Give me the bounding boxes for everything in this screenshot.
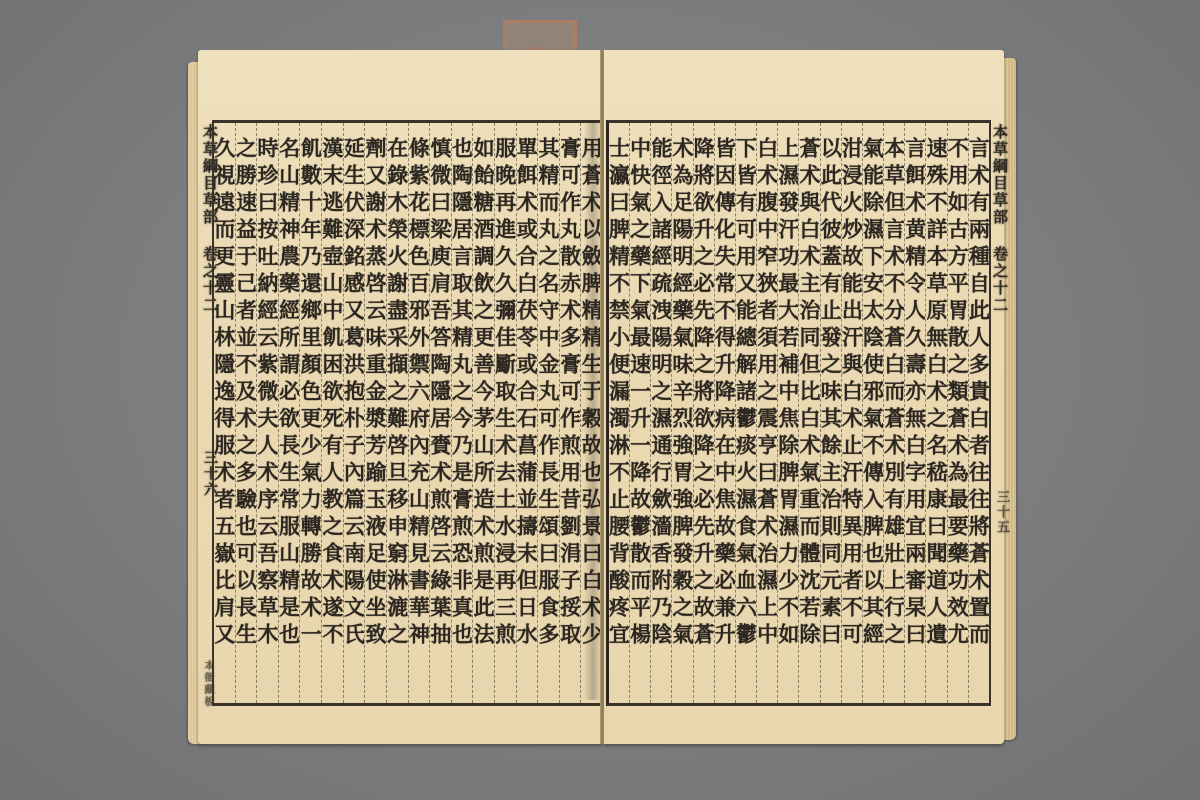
text-column: 士瀛曰脾精不禁小便漏濁淋不止腰背酸疼宜 <box>609 123 629 703</box>
right-margin-title: 本草綱目草部 卷之十二 <box>990 124 1011 314</box>
right-text-frame: 言术有兩種自此人多貴白者往往將蒼术置而 不用如古方平胃散之類蒼术為最要藥功效尤 … <box>606 120 991 706</box>
text-column: 言术有兩種自此人多貴白者往往將蒼术置而 <box>968 123 989 703</box>
text-column: 其精而丸之名守中金丸可作長生頌曰服食多 <box>537 123 559 703</box>
text-column: 在錄木榮火謝盡采擷之難啓旦移申窮淋漉之 <box>386 123 408 703</box>
text-column: 名山精神農藥經所謂必欲長生常服山精是也 <box>278 123 300 703</box>
text-column: 久視遠而更靈山林隱逸得服术者五嶽比肩又 <box>214 123 235 703</box>
text-column: 單餌术或合白茯苓或合石菖蒲並擣末但日水 <box>516 123 538 703</box>
text-column: 中快氣之藥下氣最速一升一降故鬱散而平楊 <box>629 123 650 703</box>
text-column: 白术腹中窄狹者須用之震亨曰蒼术治濕上中 <box>756 123 777 703</box>
open-book: 本草綱目草部 卷之十二 三十六 本衙藏板 用蒼术以斂脾精精生于穀故也弘景曰白术少… <box>188 50 1018 750</box>
text-column: 蒼术與白术主治同但比白术氣重而體沈若除 <box>798 123 819 703</box>
text-column: 如飴糖酒調飲之更善今茅山所造术煎是此法 <box>472 123 494 703</box>
text-column: 飢數十年乃還鄉里顏色更少氣力轉勝故术一 <box>299 123 321 703</box>
right-columns: 言术有兩種自此人多貴白者往往將蒼术置而 不用如古方平胃散之類蒼术為最要藥功效尤 … <box>609 123 989 703</box>
text-column: 不用如古方平胃散之類蒼术為最要藥功效尤 <box>947 123 968 703</box>
text-column: 氣能除濕下安太陰使邪氣不傳入脾也以其經 <box>862 123 883 703</box>
left-page: 本草綱目草部 卷之十二 三十六 本衙藏板 用蒼术以斂脾精精生于穀故也弘景曰白术少… <box>198 50 602 744</box>
text-column: 下皆有可用又能總解諸鬱痰火濕食氣血六鬱 <box>735 123 756 703</box>
text-column: 术為足陽明經藥氣味辛烈強胃強脾發穀之氣 <box>671 123 692 703</box>
text-column: 條紫花標色百邪外禦六府內充山精見書華神 <box>408 123 430 703</box>
text-column: 用蒼术以斂脾精精生于穀故也弘景曰白术少 <box>580 123 602 703</box>
left-text-frame: 用蒼术以斂脾精精生于穀故也弘景曰白术少 膏可作丸散赤术多膏可作煎用昔劉涓子挼取 … <box>212 120 605 706</box>
text-column: 降將欲升之必先降之將欲降之必先升之故蒼 <box>693 123 714 703</box>
text-column: 慎微曰梁庾肩吾答陶隱居賚术煎啓云綠葉抽 <box>429 123 451 703</box>
text-column: 本草但言术不分蒼白而蒼术別有雄壯上行之 <box>883 123 904 703</box>
right-folio-number: 三十五 <box>992 490 1011 535</box>
text-column: 膏可作丸散赤术多膏可作煎用昔劉涓子挼取 <box>559 123 581 703</box>
text-column: 之勝速益于己者並不及术之多驗也可以長生 <box>235 123 257 703</box>
text-column: 泔浸火炒故能出汗與白术止汗特異用者不可 <box>841 123 862 703</box>
text-column: 以此代彼蓋有止發之味其餘主治則同元素曰 <box>820 123 841 703</box>
right-page: 本草綱目草部 卷之十二 三十五 言术有兩種自此人多貴白者往往將蒼术置而 不用如古… <box>604 50 1004 744</box>
text-column: 言餌术黄精令人久壽亦無白字用宜兩審杲曰 <box>904 123 925 703</box>
text-column: 時珍曰按吐納經云紫微夫人术序云吾察草木 <box>256 123 278 703</box>
text-column: 服晚再進久久彌佳斸取生术去土水浸再三煎 <box>494 123 516 703</box>
text-column: 能徑入諸經疏洩陽明之濕通行歛濇香附乃陰 <box>650 123 671 703</box>
text-column: 漢末逃難壺山中飢困欲死有人教之食术遂不 <box>321 123 343 703</box>
text-column: 上濕發汗功最大若補中焦除脾胃濕力少不如 <box>777 123 798 703</box>
text-column: 速殊不詳本草原無白术之名嵇康曰聞道人遺 <box>925 123 946 703</box>
text-column: 延生伏深銘感又葛洪抱朴子內篇云南陽文氏 <box>343 123 365 703</box>
left-columns: 用蒼术以斂脾精精生于穀故也弘景曰白术少 膏可作丸散赤术多膏可作煎用昔劉涓子挼取 … <box>214 123 602 703</box>
text-column: 劑又謝术蒸啓云味重金漿芳踰玉液足使坐致 <box>364 123 386 703</box>
text-column: 皆因傳化失常不得升降病在中焦故藥必兼升 <box>714 123 735 703</box>
text-column: 也陶隱居言取其精丸之今乃是膏煎恐非真也 <box>451 123 473 703</box>
